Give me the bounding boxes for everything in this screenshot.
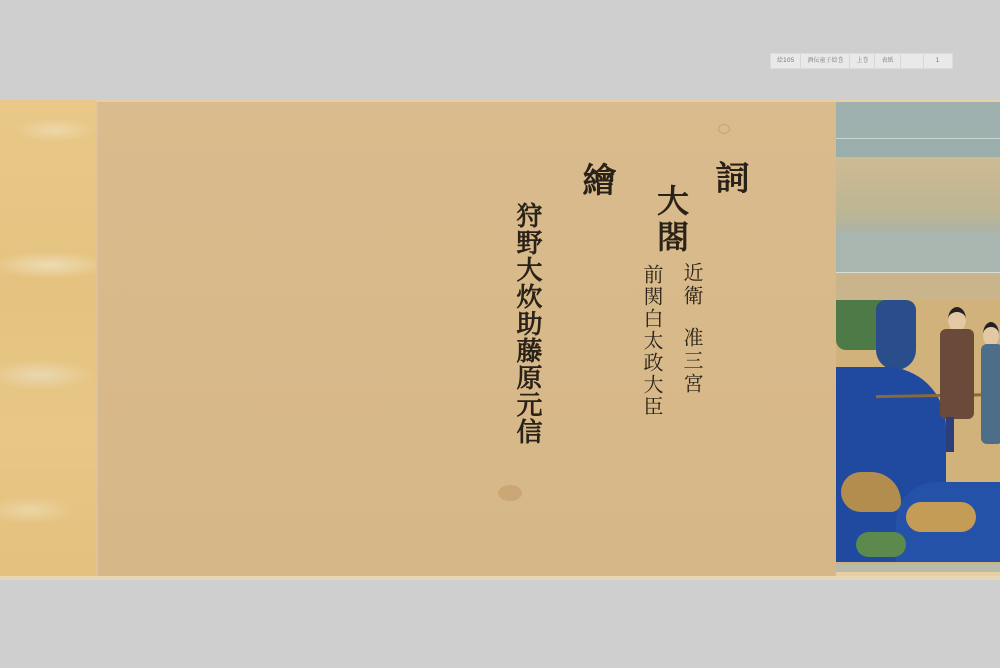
info-cell-title[interactable]: 酒伝童子絵巻 bbox=[801, 54, 850, 68]
info-cell-page[interactable]: 1 bbox=[924, 54, 952, 68]
warrior-figure bbox=[981, 322, 1000, 472]
painted-scene bbox=[836, 102, 1000, 572]
info-cell-blank[interactable] bbox=[901, 54, 924, 68]
sky-band bbox=[836, 138, 1000, 158]
sky-band bbox=[836, 102, 1000, 138]
calligraphy-taikou: 大閤 bbox=[648, 184, 694, 256]
image-info-bar: 絵105 酒伝童子絵巻 上巻 表紙 1 bbox=[770, 53, 953, 69]
calligraphy-title-line3: 前関白太政大臣 bbox=[638, 264, 667, 418]
blue-waterfall bbox=[876, 300, 916, 370]
scroll-bottom-edge bbox=[0, 576, 1000, 580]
painting-border bbox=[836, 564, 1000, 572]
calligraphy-title-line2: 准三宮 bbox=[678, 327, 707, 396]
calligraphy-title-line1: 近衛 bbox=[678, 262, 707, 308]
warrior-figure bbox=[936, 307, 976, 457]
mist-band bbox=[836, 232, 1000, 273]
sand-area bbox=[836, 157, 1000, 237]
calligraphy-artist: 狩野大炊助藤原元信 bbox=[514, 202, 540, 445]
rock-islet bbox=[906, 502, 976, 532]
info-cell-section[interactable]: 表紙 bbox=[875, 54, 900, 68]
paper-stain bbox=[718, 124, 730, 134]
gold-brocade-mount bbox=[0, 100, 96, 580]
calligraphy-kotoba: 詞 bbox=[705, 160, 754, 196]
paper-stain bbox=[498, 485, 522, 501]
info-cell-volume[interactable]: 上巻 bbox=[850, 54, 875, 68]
info-cell-id[interactable]: 絵105 bbox=[771, 54, 801, 68]
title-paper: 詞 大閤 近衛 准三宮 前関白太政大臣 繪 狩野大炊助藤原元信 bbox=[96, 102, 836, 576]
handscroll-image[interactable]: 詞 大閤 近衛 准三宮 前関白太政大臣 繪 狩野大炊助藤原元信 bbox=[0, 100, 1000, 580]
rock-islet bbox=[856, 532, 906, 557]
calligraphy-e: 繪 bbox=[572, 162, 621, 198]
